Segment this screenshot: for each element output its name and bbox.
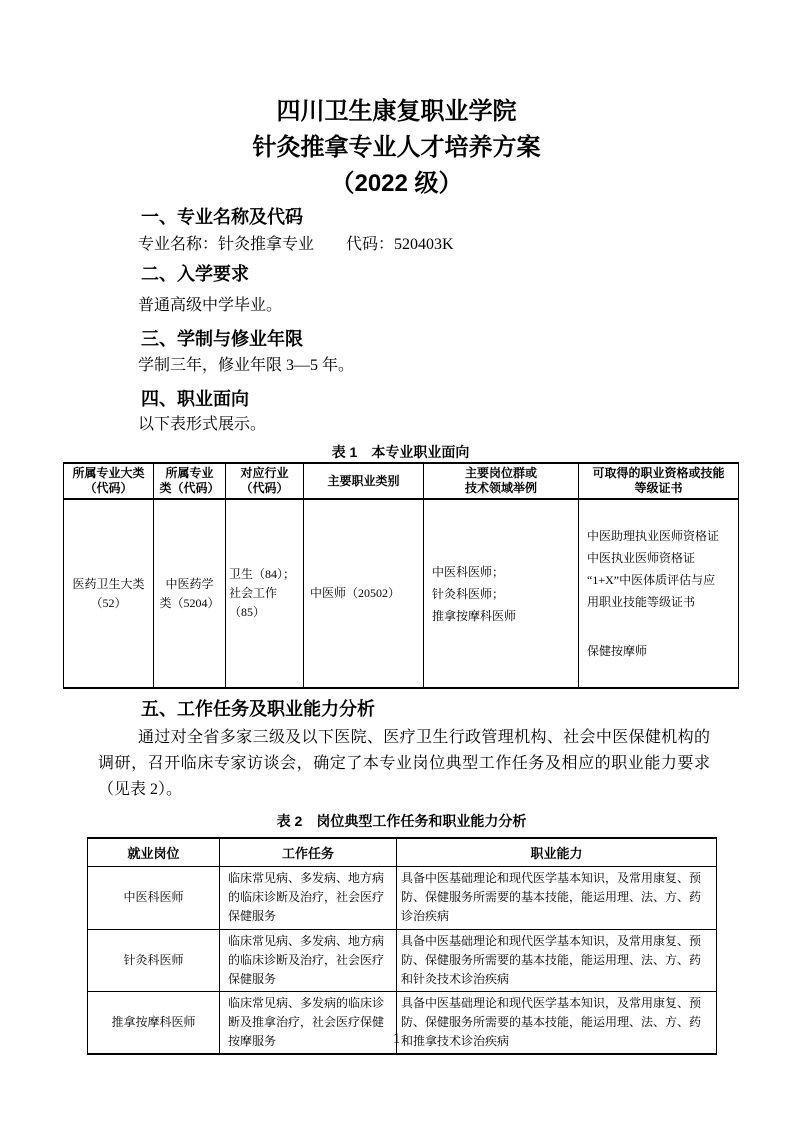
- study-duration-text: 学制三年，修业年限 3—5 年。: [98, 353, 710, 379]
- title-line-college: 四川卫生康复职业学院: [0, 94, 793, 130]
- table-row: 针灸科医师 临床常见病、多发病、地方病 的临床诊断及治疗，社会医疗 保健服务 具…: [88, 929, 717, 991]
- table1-caption: 表 1 本专业职业面向: [63, 442, 738, 462]
- cell-category: 中医药学 类（5204）: [154, 499, 226, 688]
- table1-header-positions: 主要岗位群或 技术领域举例: [424, 463, 579, 499]
- table1-career-orientation: 所属专业大类 （代码） 所属专业 类（代码） 对应行业 （代码） 主要职业类别 …: [63, 462, 739, 689]
- table1-data-row: 医药卫生大类 （52） 中医药学 类（5204） 卫生（84）； 社会工作 （8…: [64, 499, 739, 688]
- section-heading-admission-requirements: 二、入学要求: [141, 261, 733, 287]
- certificates-main: 中医助理执业医师资格证 中医执业医师资格证 “1+X”中医体质评估与应 用职业技…: [587, 525, 734, 613]
- table2-header-row: 就业岗位 工作任务 职业能力: [88, 838, 717, 866]
- cell-abilities: 具备中医基础理论和现代医学基本知识，及常用康复、预 防、保健服务所需要的基本技能…: [397, 866, 717, 929]
- table1-header-industry: 对应行业 （代码）: [226, 463, 304, 499]
- table-row: 中医科医师 临床常见病、多发病、地方病 的临床诊断及治疗，社会医疗 保健服务 具…: [88, 866, 717, 929]
- major-name-and-code-text: 专业名称：针灸推拿专业 代码：520403K: [98, 232, 710, 258]
- career-orientation-text: 以下表形式展示。: [98, 412, 710, 438]
- title-line-program: 针灸推拿专业人才培养方案: [0, 130, 793, 166]
- table1-header-major-category: 所属专业大类 （代码）: [64, 463, 154, 499]
- cell-position: 中医科医师: [88, 866, 220, 929]
- page-number: 1: [0, 1031, 793, 1048]
- cell-industry: 卫生（84）； 社会工作 （85）: [226, 499, 304, 688]
- section-heading-career-orientation: 四、职业面向: [141, 386, 733, 412]
- cell-major-category: 医药卫生大类 （52）: [64, 499, 154, 688]
- table2-header-tasks: 工作任务: [220, 838, 397, 866]
- cell-position: 针灸科医师: [88, 929, 220, 991]
- table2-tasks-abilities: 就业岗位 工作任务 职业能力 中医科医师 临床常见病、多发病、地方病 的临床诊断…: [87, 837, 717, 1055]
- table1-header-row: 所属专业大类 （代码） 所属专业 类（代码） 对应行业 （代码） 主要职业类别 …: [64, 463, 739, 499]
- document-title: 四川卫生康复职业学院 针灸推拿专业人才培养方案 （2022 级）: [0, 0, 793, 202]
- table1-header-certificates: 可取得的职业资格或技能 等级证书: [579, 463, 739, 499]
- section-heading-major-name-code: 一、专业名称及代码: [141, 204, 733, 230]
- table2-header-abilities: 职业能力: [397, 838, 717, 866]
- cell-occupation: 中医师（20502）: [304, 499, 424, 688]
- section-heading-work-tasks-analysis: 五、工作任务及职业能力分析: [141, 696, 733, 722]
- table1-header-category: 所属专业 类（代码）: [154, 463, 226, 499]
- certificates-extra: 保健按摩师: [587, 640, 734, 662]
- table1-header-occupation: 主要职业类别: [304, 463, 424, 499]
- cell-tasks: 临床常见病、多发病、地方病 的临床诊断及治疗，社会医疗 保健服务: [220, 866, 397, 929]
- cell-abilities: 具备中医基础理论和现代医学基本知识，及常用康复、预 防、保健服务所需要的基本技能…: [397, 929, 717, 991]
- cell-certificates: 中医助理执业医师资格证 中医执业医师资格证 “1+X”中医体质评估与应 用职业技…: [579, 499, 739, 688]
- table2-caption: 表 2 岗位典型工作任务和职业能力分析: [87, 811, 716, 831]
- section-heading-study-duration: 三、学制与修业年限: [141, 326, 733, 352]
- table2-header-position: 就业岗位: [88, 838, 220, 866]
- title-line-cohort: （2022 级）: [0, 166, 793, 202]
- document-page: 四川卫生康复职业学院 针灸推拿专业人才培养方案 （2022 级） 一、专业名称及…: [0, 0, 793, 1122]
- cell-tasks: 临床常见病、多发病、地方病 的临床诊断及治疗，社会医疗 保健服务: [220, 929, 397, 991]
- work-tasks-analysis-paragraph: 通过对全省多家三级及以下医院、医疗卫生行政管理机构、社会中医保健机构的调研，召开…: [98, 725, 710, 803]
- admission-requirements-text: 普通高级中学毕业。: [98, 293, 710, 319]
- cell-positions: 中医科医师； 针灸科医师； 推拿按摩科医师: [424, 499, 579, 688]
